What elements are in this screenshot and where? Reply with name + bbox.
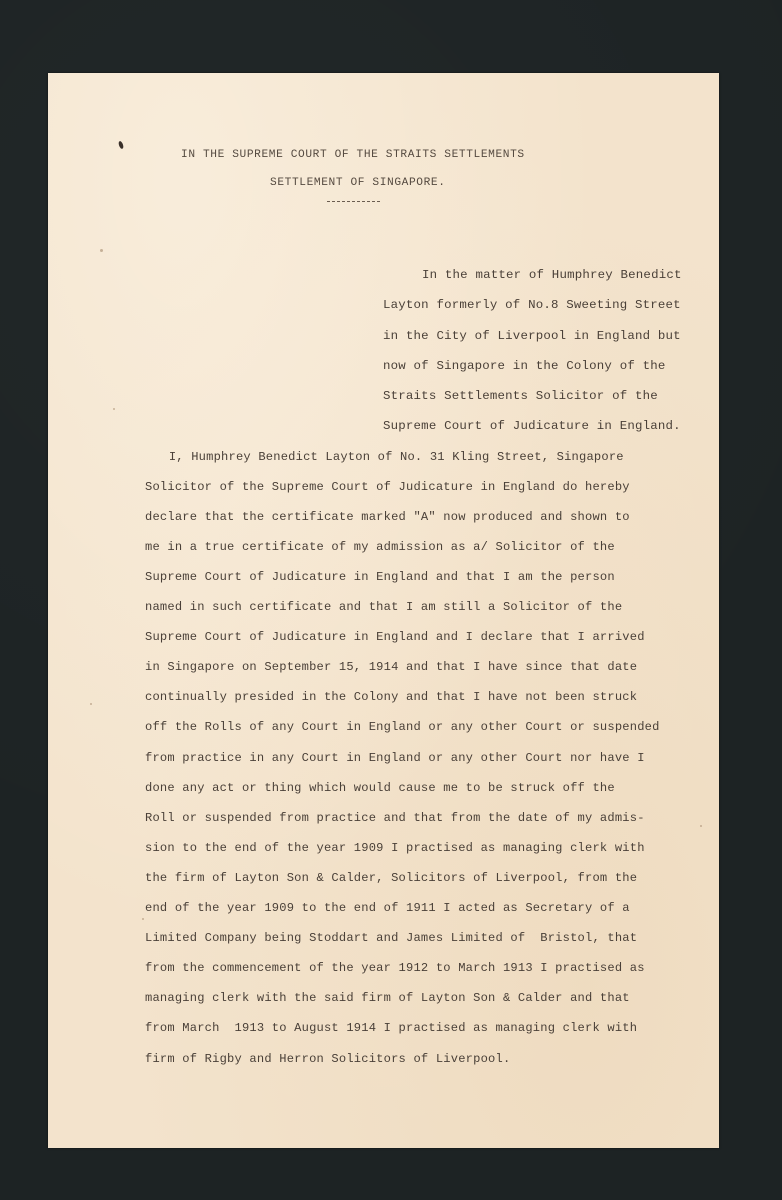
body-line: end of the year 1909 to the end of 1911 … <box>145 901 630 915</box>
body-line: declare that the certificate marked "A" … <box>145 510 630 524</box>
body-line: from March 1913 to August 1914 I practis… <box>145 1021 637 1035</box>
settlement-heading: SETTLEMENT OF SINGAPORE. <box>270 177 446 189</box>
body-line: from the commencement of the year 1912 t… <box>145 961 645 975</box>
body-line: continually presided in the Colony and t… <box>145 690 637 704</box>
matter-line: Straits Settlements Solicitor of the <box>383 389 658 403</box>
body-line: Limited Company being Stoddart and James… <box>145 931 637 945</box>
body-line: Supreme Court of Judicature in England a… <box>145 570 615 584</box>
body-line: in Singapore on September 15, 1914 and t… <box>145 660 637 674</box>
body-line: done any act or thing which would cause … <box>145 781 615 795</box>
body-line: me in a true certificate of my admission… <box>145 540 615 554</box>
body-line: sion to the end of the year 1909 I pract… <box>145 841 645 855</box>
body-line: named in such certificate and that I am … <box>145 600 622 614</box>
heading-underline <box>327 201 380 202</box>
paper-speck <box>90 703 92 705</box>
paper-speck <box>100 249 103 252</box>
body-line: Solicitor of the Supreme Court of Judica… <box>145 480 630 494</box>
body-line: Roll or suspended from practice and that… <box>145 811 645 825</box>
body-line: from practice in any Court in England or… <box>145 751 645 765</box>
ink-mark <box>118 141 124 150</box>
body-line: off the Rolls of any Court in England or… <box>145 720 660 734</box>
paper-speck <box>142 918 144 920</box>
body-line: I, Humphrey Benedict Layton of No. 31 Kl… <box>139 450 624 464</box>
matter-line: in the City of Liverpool in England but <box>383 329 681 343</box>
body-line: firm of Rigby and Herron Solicitors of L… <box>145 1052 510 1066</box>
court-heading: IN THE SUPREME COURT OF THE STRAITS SETT… <box>181 149 525 161</box>
paper-speck <box>700 825 702 827</box>
body-line: the firm of Layton Son & Calder, Solicit… <box>145 871 637 885</box>
matter-line: Supreme Court of Judicature in England. <box>383 419 681 433</box>
matter-line: In the matter of Humphrey Benedict <box>422 268 682 282</box>
paper-speck <box>113 408 115 410</box>
typewritten-page: IN THE SUPREME COURT OF THE STRAITS SETT… <box>48 73 719 1148</box>
matter-line: Layton formerly of No.8 Sweeting Street <box>383 298 681 312</box>
body-line: Supreme Court of Judicature in England a… <box>145 630 645 644</box>
body-line: managing clerk with the said firm of Lay… <box>145 991 630 1005</box>
matter-line: now of Singapore in the Colony of the <box>383 359 666 373</box>
